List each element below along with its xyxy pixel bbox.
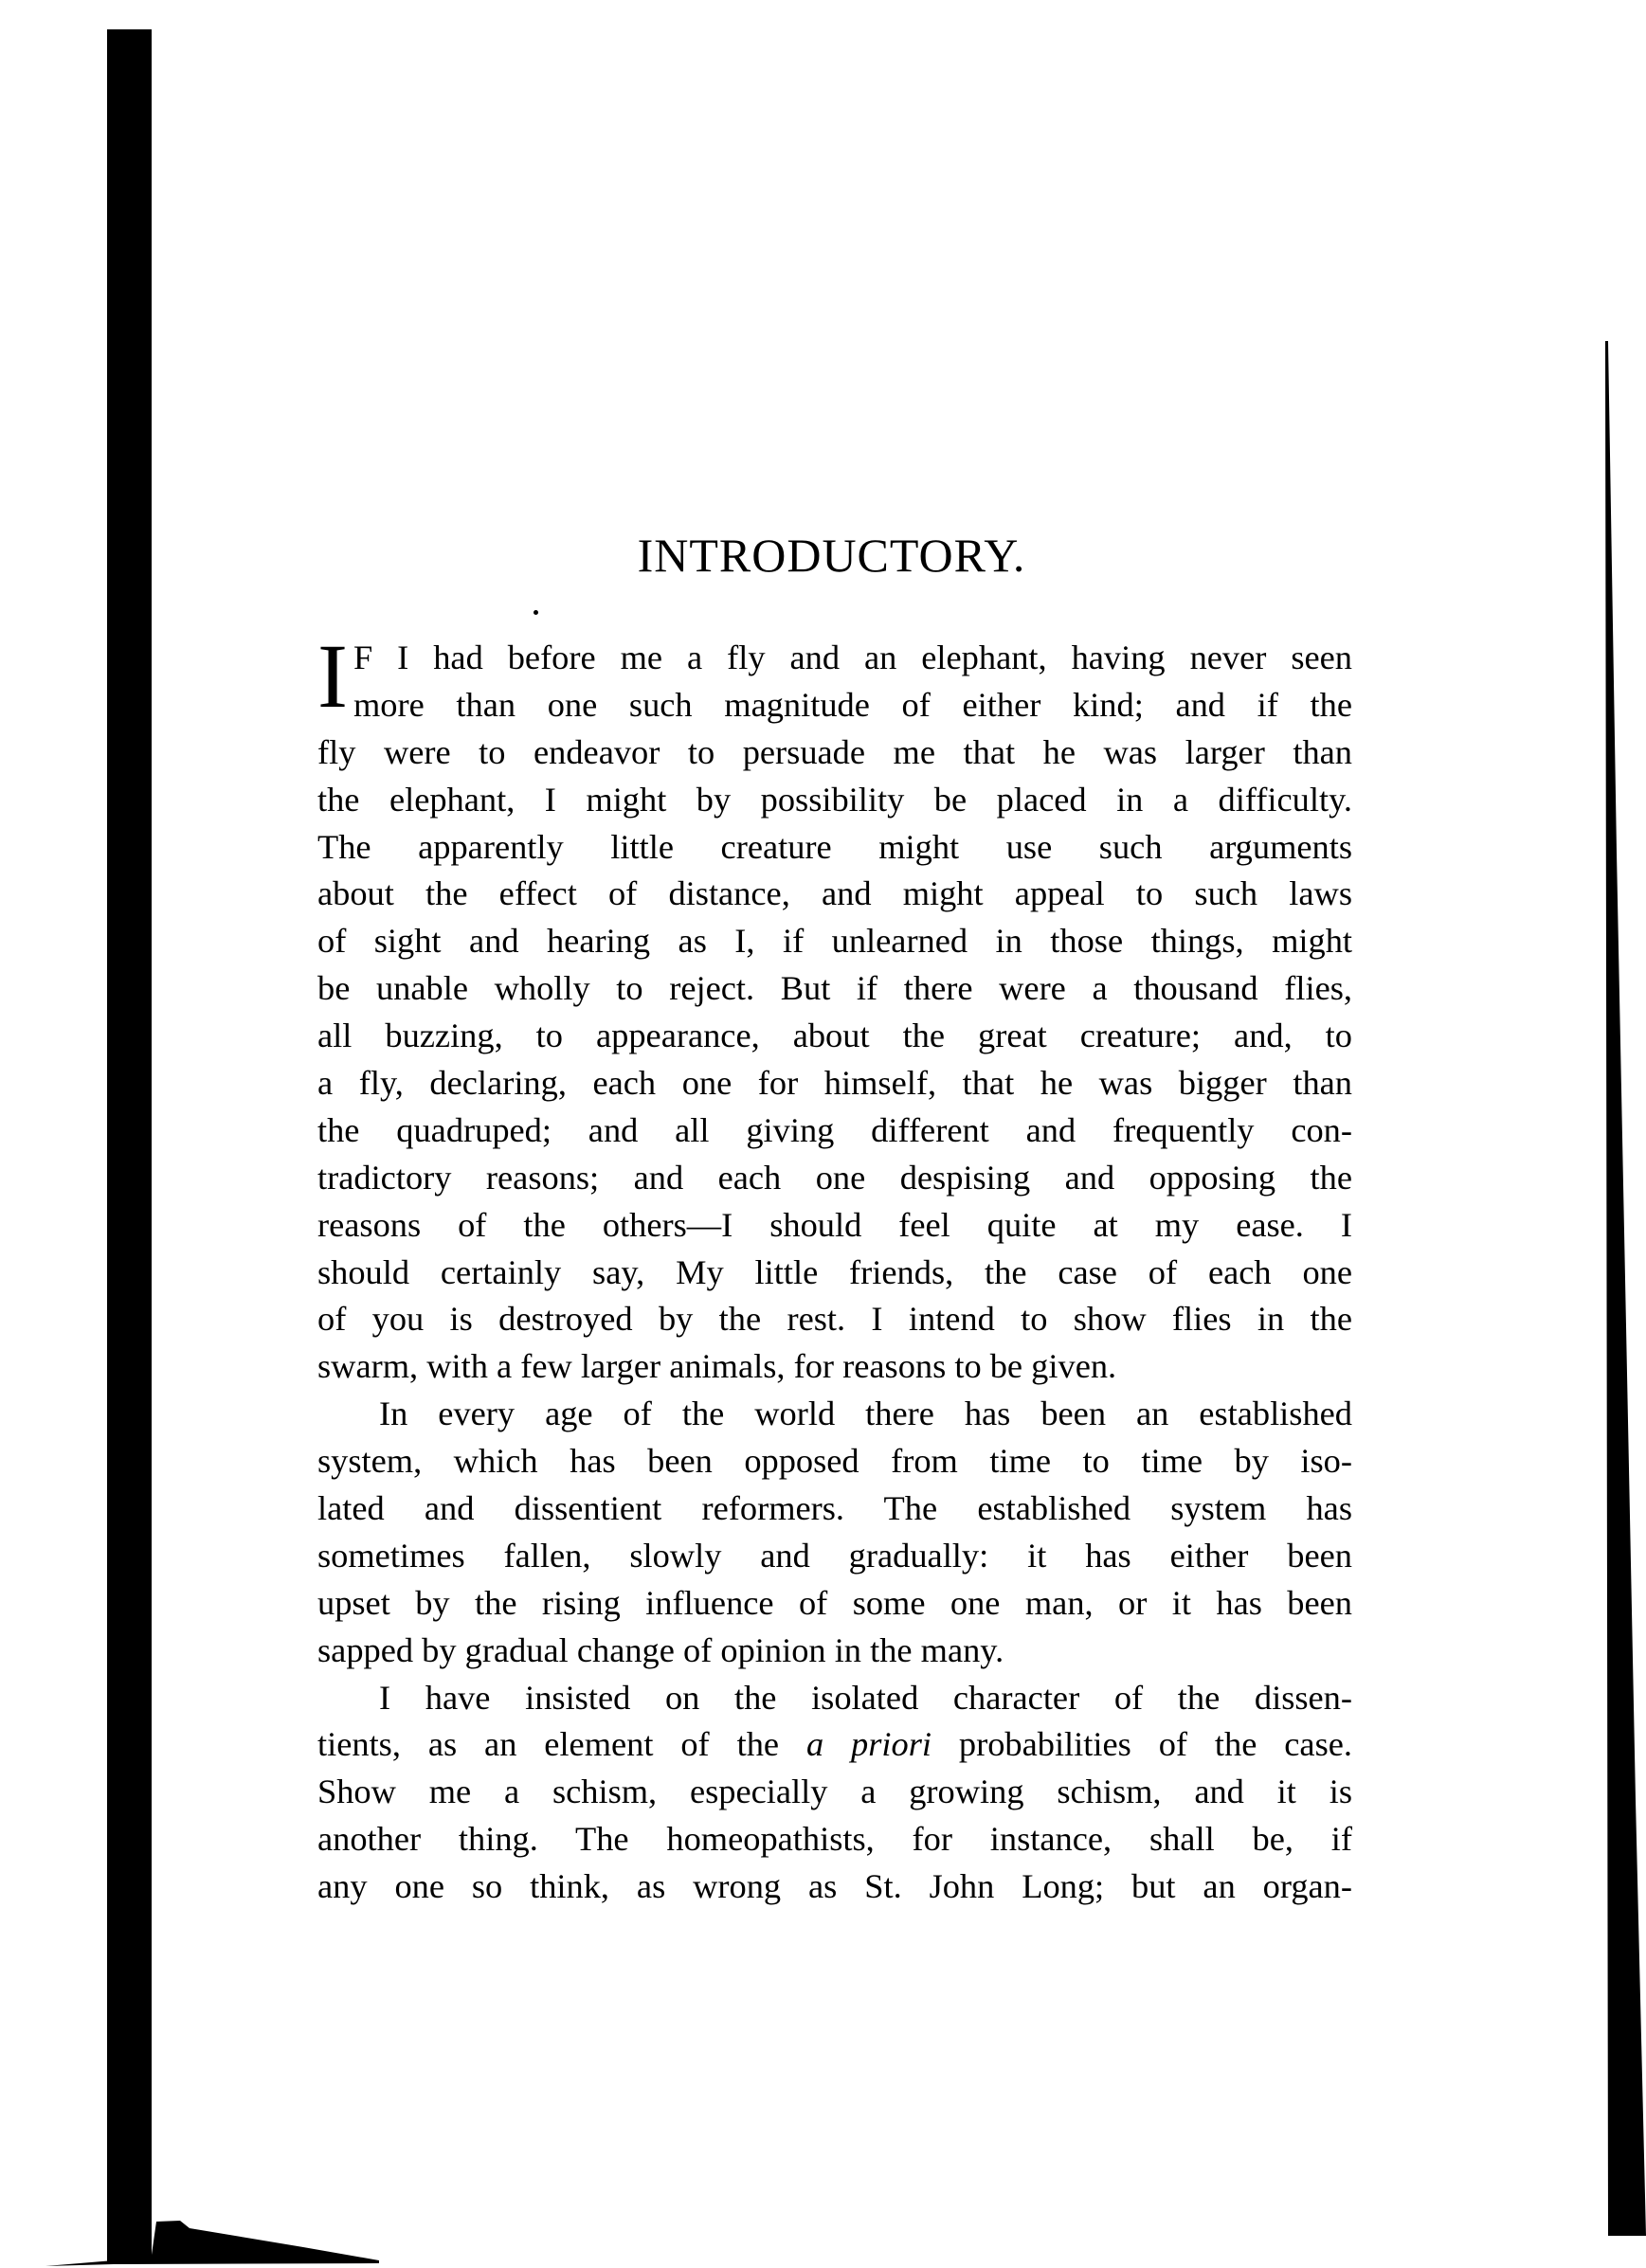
text-line: In every age of the world there has been…	[317, 1391, 1352, 1438]
text-line: Show me a schism, especially a growing s…	[317, 1769, 1352, 1816]
print-speck	[534, 610, 538, 615]
text-line: another thing. The homeopathists, for in…	[317, 1816, 1352, 1863]
text-line: more than one such magnitude of either k…	[317, 682, 1352, 729]
text-line: reasons of the others—I should feel quit…	[317, 1202, 1352, 1250]
body-text: I F I had before me a fly and an elephan…	[317, 635, 1352, 1911]
text-line: any one so think, as wrong as St. John L…	[317, 1863, 1352, 1911]
text-line: sometimes fallen, slowly and gradually: …	[317, 1533, 1352, 1580]
drop-cap: I	[317, 640, 348, 720]
text-line: fly were to endeavor to persuade me that…	[317, 729, 1352, 777]
paragraph-3: I have insisted on the isolated characte…	[317, 1675, 1352, 1911]
text-line: upset by the rising influence of some on…	[317, 1580, 1352, 1628]
text-line: swarm, with a few larger animals, for re…	[317, 1343, 1352, 1391]
text-line: be unable wholly to reject. But if there…	[317, 965, 1352, 1013]
text-line: about the effect of distance, and might …	[317, 871, 1352, 918]
chapter-title: INTRODUCTORY.	[0, 527, 1646, 584]
text-line: of you is destroyed by the rest. I inten…	[317, 1296, 1352, 1343]
paragraph-1: I F I had before me a fly and an elephan…	[317, 635, 1352, 1391]
paragraph-2: In every age of the world there has been…	[317, 1391, 1352, 1674]
text-line: lated and dissentient reformers. The est…	[317, 1485, 1352, 1533]
italic-phrase: a priori	[806, 1725, 932, 1763]
text-line: the quadruped; and all giving different …	[317, 1107, 1352, 1155]
text-line: sapped by gradual change of opinion in t…	[317, 1628, 1352, 1675]
text-line-with-italic: tients, as an element of the a priori pr…	[317, 1721, 1352, 1769]
text-line: all buzzing, to appearance, about the gr…	[317, 1013, 1352, 1060]
book-binding-edge	[107, 29, 152, 2261]
text-line: tradictory reasons; and each one despisi…	[317, 1155, 1352, 1202]
text-line: I have insisted on the isolated characte…	[317, 1675, 1352, 1722]
text-line: system, which has been opposed from time…	[317, 1438, 1352, 1485]
text-segment: probabilities of the case.	[959, 1725, 1352, 1763]
text-line: should certainly say, My little friends,…	[317, 1250, 1352, 1297]
text-line: the elephant, I might by possibility be …	[317, 777, 1352, 824]
text-line: of sight and hearing as I, if unlearned …	[317, 918, 1352, 965]
text-line: F I had before me a fly and an elephant,…	[317, 635, 1352, 682]
text-line: The apparently little creature might use…	[317, 824, 1352, 872]
text-segment: tients, as an element of the	[317, 1725, 779, 1763]
text-line: a fly, declaring, each one for himself, …	[317, 1060, 1352, 1107]
